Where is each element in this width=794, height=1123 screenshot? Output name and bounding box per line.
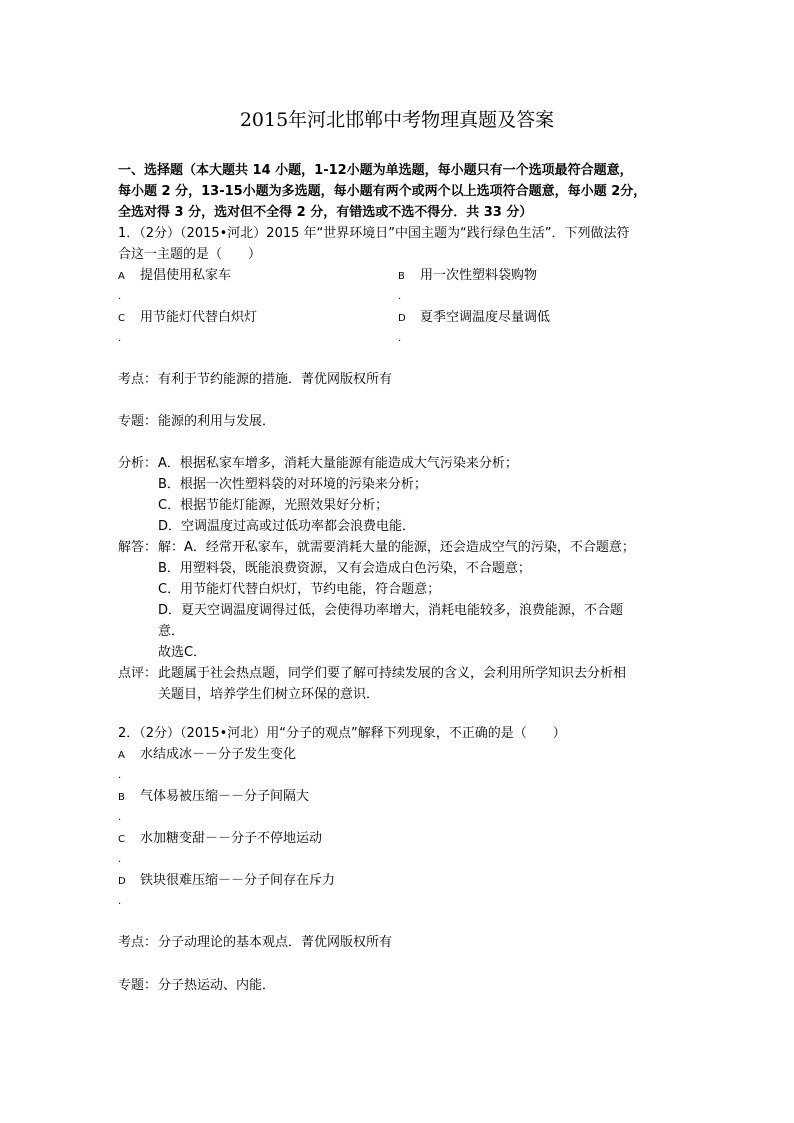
fenxi-line: A．根据私家车增多，消耗大量能源有能造成大气污染来分析； [158,456,518,471]
kaodian-text: 有利于节约能源的措施．菁优网版权所有 [158,372,392,387]
option-dot: . [118,891,121,912]
document-page: 2015年河北邯郸中考物理真题及答案 一、选择题（本大题共 14 小题，1-12… [0,0,794,1123]
q1-zhuanti: 专题：能源的利用与发展． [118,411,688,432]
jieda-line: D．夏天空调温度调得过低，会使得功率增大，消耗电能较多，浪费能源，不合题 [118,600,688,621]
option-text: 水加糖变甜－－分子不停地运动 [140,831,322,846]
option-text: 提倡使用私家车 [140,268,231,283]
question-stem: 2．（2分）（2015•河北）用“分子的观点”解释下列现象，不正确的是（ ） [118,723,688,744]
q2-zhuanti: 专题：分子热运动、内能． [118,975,688,996]
option-letter: A [118,745,140,766]
jieda-line: 解：A．经常开私家车，就需要消耗大量的能源，还会造成空气的污染，不合题意； [158,540,635,555]
option-dot: . [118,765,121,786]
page-title: 2015年河北邯郸中考物理真题及答案 [0,107,794,133]
option-dot: . [398,286,401,307]
option-text: 用节能灯代替白炽灯 [140,310,257,325]
jieda-line: C．用节能灯代替白炽灯，节约电能，符合题意； [118,579,688,600]
option-b: B用一次性塑料袋购物 [398,265,537,287]
option-letter: C [118,308,140,329]
option-d: D夏季空调温度尽量调低 [398,307,550,329]
jieda-line: 故选C． [118,642,688,663]
section-header: 一、选择题（本大题共 14 小题，1-12小题为单选题，每小题只有一个选项最符合… [118,160,688,223]
option-d: D铁块很难压缩－－分子间存在斥力 [118,870,688,891]
kaodian-label: 考点： [118,369,158,390]
option-letter: A [118,266,140,287]
option-dot-row: . . [118,286,688,307]
option-c: C水加糖变甜－－分子不停地运动 [118,828,688,849]
zhuanti-label: 专题： [118,411,158,432]
dianping-label: 点评： [118,663,158,684]
fenxi-line: D．空调温度过高或过低功率都会浪费电能． [118,516,688,537]
option-dot: . [398,328,401,349]
option-a: A水结成冰－－分子发生变化 [118,744,688,765]
question-stem: 1．（2分）（2015•河北）2015 年“世界环境日”中国主题为“践行绿色生活… [118,223,688,244]
option-letter: B [398,266,420,287]
option-dot: . [118,328,121,349]
option-letter: D [398,308,420,329]
option-text: 气体易被压缩－－分子间隔大 [140,789,309,804]
fenxi-line: B．根据一次性塑料袋的对环境的污染来分析； [118,474,688,495]
option-text: 铁块很难压缩－－分子间存在斥力 [140,873,335,888]
option-b: B气体易被压缩－－分子间隔大 [118,786,688,807]
section-header-line: 一、选择题（本大题共 14 小题，1-12小题为单选题，每小题只有一个选项最符合… [118,160,688,181]
question-stem: 合这一主题的是（ ） [118,244,688,265]
dianping-line: 关题目，培养学生们树立环保的意识． [118,684,688,705]
q1-fenxi: 分析：A．根据私家车增多，消耗大量能源有能造成大气污染来分析； B．根据一次性塑… [118,453,688,705]
section-header-line: 每小题 2 分，13-15小题为多选题，每小题有两个或两个以上选项符合题意，每小… [118,181,688,202]
option-letter: D [118,871,140,892]
option-text: 水结成冰－－分子发生变化 [140,747,296,762]
zhuanti-text: 分子热运动、内能． [158,978,275,993]
option-letter: B [118,787,140,808]
option-row: C用节能灯代替白炽灯 D夏季空调温度尽量调低 [118,307,688,328]
fenxi-label: 分析： [118,453,158,474]
dianping-line: 此题属于社会热点题，同学们要了解可持续发展的含义，会利用所学知识去分析相 [158,666,626,681]
option-c: C用节能灯代替白炽灯 [118,307,257,329]
q2-kaodian: 考点：分子动理论的基本观点．菁优网版权所有 [118,932,688,953]
question-1: 1．（2分）（2015•河北）2015 年“世界环境日”中国主题为“践行绿色生活… [118,223,688,349]
option-dot: . [118,807,121,828]
section-header-line: 全选对得 3 分，选对但不全得 2 分，有错选或不选不得分．共 33 分） [118,202,688,223]
option-dot: . [118,286,121,307]
option-a: A提倡使用私家车 [118,265,231,287]
jieda-label: 解答： [118,537,158,558]
kaodian-text: 分子动理论的基本观点．菁优网版权所有 [158,935,392,950]
kaodian-label: 考点： [118,932,158,953]
option-row: A提倡使用私家车 B用一次性塑料袋购物 [118,265,688,286]
question-2: 2．（2分）（2015•河北）用“分子的观点”解释下列现象，不正确的是（ ） A… [118,723,688,912]
q1-kaodian: 考点：有利于节约能源的措施．菁优网版权所有 [118,369,688,390]
option-dot-row: . . [118,328,688,349]
jieda-line: 意． [118,621,688,642]
option-dot: . [118,849,121,870]
option-letter: C [118,829,140,850]
jieda-line: B．用塑料袋，既能浪费资源，又有会造成白色污染，不合题意； [118,558,688,579]
zhuanti-text: 能源的利用与发展． [158,414,275,429]
option-text: 用一次性塑料袋购物 [420,268,537,283]
option-text: 夏季空调温度尽量调低 [420,310,550,325]
zhuanti-label: 专题： [118,975,158,996]
fenxi-line: C．根据节能灯能源，光照效果好分析； [118,495,688,516]
